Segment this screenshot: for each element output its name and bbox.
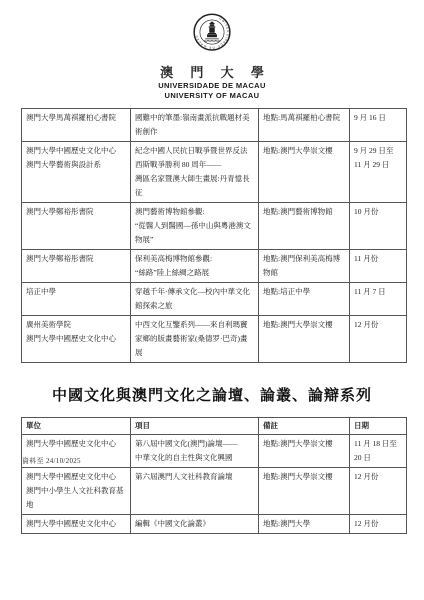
- cell-item: 中西文化互鑒系列——來自利瑪竇家鄉的版畫藝術家(桑德罗·巴奇)畫展: [131, 316, 259, 363]
- cell-unit: 澳門大學鄭裕彤書院: [22, 203, 131, 250]
- cell-item: 保利美高梅博物館參觀: “絲路”陸上絲綢之路展: [131, 250, 259, 283]
- cell-date: 9 月 16 日: [350, 109, 407, 142]
- cell-date: 10 月份: [350, 203, 407, 250]
- cell-unit: 澳門大學中國歷史文化中心 澳門中小學生人文社科教育基地: [22, 468, 131, 515]
- forum-series-table: 單位 項目 備註 日期 澳門大學中國歷史文化中心第八屆中國文化(澳門)論壇—— …: [21, 417, 407, 534]
- column-header-item: 項目: [131, 418, 259, 435]
- cell-note: 地點:澳門藝術博物館: [259, 203, 350, 250]
- table-row: 澳門大學鄭裕彤書院澳門藝術博物館參觀: “從醫人到醫國—孫中山與粵港澳文物展”地…: [22, 203, 407, 250]
- table-row: 澳門大學中國歷史文化中心 澳門中小學生人文社科教育基地第六屆澳門人文社科教育論壇…: [22, 468, 407, 515]
- column-header-note: 備註: [259, 418, 350, 435]
- university-name-english: UNIVERSITY OF MACAU: [0, 91, 424, 101]
- column-header-date: 日期: [350, 418, 407, 435]
- seal-tower-glyph: [207, 21, 217, 37]
- table-header-row: 單位 項目 備註 日期: [22, 418, 407, 435]
- table-row: 廣州美術學院 澳門大學中國歷史文化中心中西文化互鑒系列——來自利瑪竇家鄉的版畫藝…: [22, 316, 407, 363]
- section-title: 中國文化與澳門文化之論壇、論叢、論辯系列: [0, 384, 424, 405]
- seal-base-waves: [204, 39, 219, 41]
- cell-item: 紀念中國人民抗日戰爭暨世界反法西斯戰爭勝利 80 周年—— 灣區名家暨澳大師生畫…: [131, 142, 259, 203]
- cell-note: 地點:澳門保利美高梅博物館: [259, 250, 350, 283]
- cell-date: 11 月份: [350, 250, 407, 283]
- cell-note: 地點:澳門大學: [259, 515, 350, 534]
- column-header-unit: 單位: [22, 418, 131, 435]
- university-name-chinese: 澳 門 大 學: [0, 62, 424, 81]
- table-row: 澳門大學中國歷史文化中心編輯《中國文化論叢》地點:澳門大學12 月份: [22, 515, 407, 534]
- letterhead: UNIVERSIDADE DE MACAU 澳 門 大 學 UNIVERSIDA…: [0, 0, 424, 101]
- cell-item: 穿越千年·傳承文化—校內中華文化館探索之旅: [131, 283, 259, 316]
- data-cutoff-note: 資料至 24/10/2025: [22, 456, 81, 466]
- cell-item: 第六屆澳門人文社科教育論壇: [131, 468, 259, 515]
- cell-date: 12 月份: [350, 468, 407, 515]
- cell-note: 地點:馬萬祺羅柏心書院: [259, 109, 350, 142]
- cell-note: 地點:澳門大學崇文樓: [259, 468, 350, 515]
- document-page: UNIVERSIDADE DE MACAU 澳 門 大 學 UNIVERSIDA…: [0, 0, 424, 600]
- cell-unit: 澳門大學中國歷史文化中心 澳門大學藝術與設計系: [22, 142, 131, 203]
- cell-item: 國難中的筆墨:嶺南畫派抗戰題材美術創作: [131, 109, 259, 142]
- events-schedule-table: 澳門大學馬萬祺羅柏心書院國難中的筆墨:嶺南畫派抗戰題材美術創作地點:馬萬祺羅柏心…: [21, 108, 407, 363]
- table-row: 澳門大學馬萬祺羅柏心書院國難中的筆墨:嶺南畫派抗戰題材美術創作地點:馬萬祺羅柏心…: [22, 109, 407, 142]
- cell-unit: 澳門大學鄭裕彤書院: [22, 250, 131, 283]
- cell-note: 地點:培正中學: [259, 283, 350, 316]
- table-row: 澳門大學鄭裕彤書院保利美高梅博物館參觀: “絲路”陸上絲綢之路展地點:澳門保利美…: [22, 250, 407, 283]
- cell-note: 地點:澳門大學崇文樓: [259, 316, 350, 363]
- cell-date: 11 月 18 日至 20 日: [350, 435, 407, 468]
- cell-date: 11 月 7 日: [350, 283, 407, 316]
- cell-unit: 澳門大學馬萬祺羅柏心書院: [22, 109, 131, 142]
- cell-unit: 培正中學: [22, 283, 131, 316]
- cell-item: 編輯《中國文化論叢》: [131, 515, 259, 534]
- cell-item: 澳門藝術博物館參觀: “從醫人到醫國—孫中山與粵港澳文物展”: [131, 203, 259, 250]
- cell-date: 12 月份: [350, 316, 407, 363]
- table-row: 澳門大學中國歷史文化中心 澳門大學藝術與設計系紀念中國人民抗日戰爭暨世界反法西斯…: [22, 142, 407, 203]
- university-seal-icon: UNIVERSIDADE DE MACAU: [190, 11, 234, 55]
- university-name-portuguese: UNIVERSIDADE DE MACAU: [0, 81, 424, 91]
- table-row: 培正中學穿越千年·傳承文化—校內中華文化館探索之旅地點:培正中學11 月 7 日: [22, 283, 407, 316]
- cell-note: 地點:澳門大學崇文樓: [259, 435, 350, 468]
- cell-item: 第八屆中國文化(澳門)論壇—— 中華文化的自主性與文化興國: [131, 435, 259, 468]
- cell-unit: 澳門大學中國歷史文化中心: [22, 515, 131, 534]
- cell-date: 9 月 29 日至 11 月 29 日: [350, 142, 407, 203]
- cell-date: 12 月份: [350, 515, 407, 534]
- cell-note: 地點:澳門大學崇文樓: [259, 142, 350, 203]
- cell-unit: 廣州美術學院 澳門大學中國歷史文化中心: [22, 316, 131, 363]
